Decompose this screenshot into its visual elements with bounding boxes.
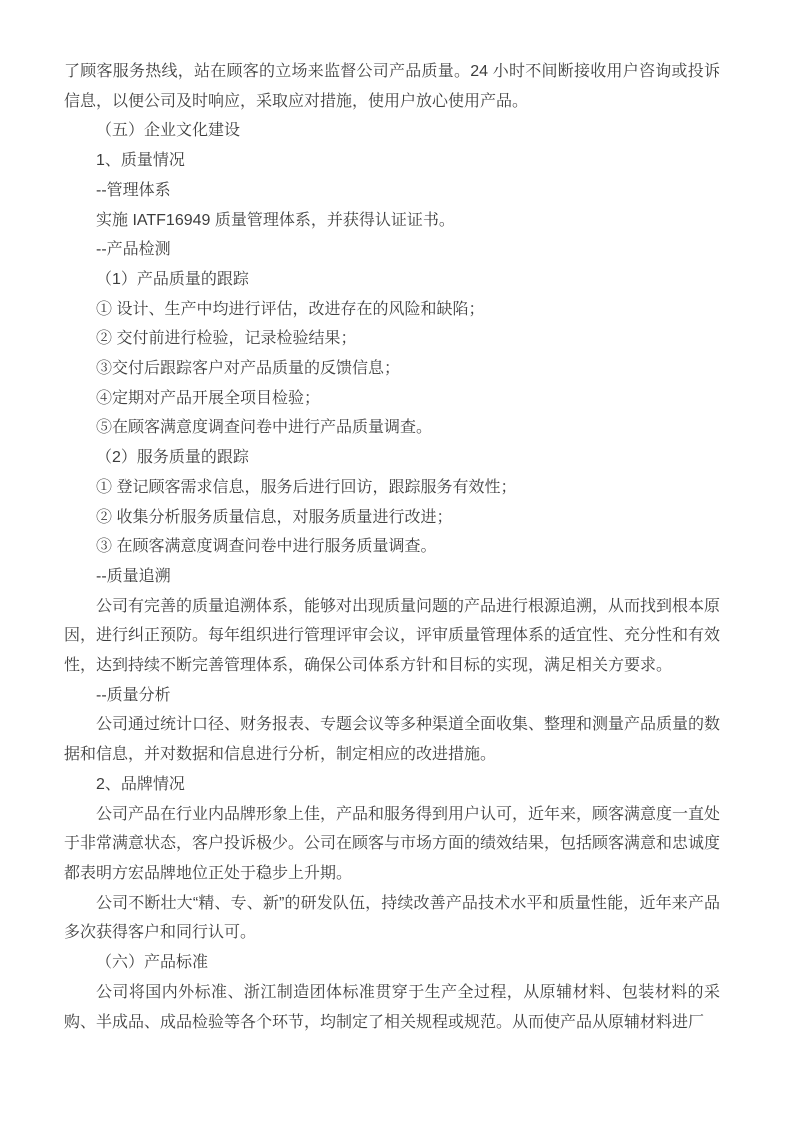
paragraph: ③ 在顾客满意度调查问卷中进行服务质量调查。 — [64, 532, 720, 562]
paragraph: （1）产品质量的跟踪 — [64, 265, 720, 295]
paragraph: ③交付后跟踪客户对产品质量的反馈信息； — [64, 354, 720, 384]
paragraph: --质量分析 — [64, 681, 720, 711]
paragraph: （2）服务质量的跟踪 — [64, 443, 720, 473]
paragraph: 公司不断壮大“精、专、新”的研发队伍，持续改善产品技术水平和质量性能，近年来产品… — [64, 889, 720, 948]
document-body: 了顾客服务热线，站在顾客的立场来监督公司产品质量。24 小时不间断接收用户咨询或… — [64, 57, 720, 1037]
document-page: 了顾客服务热线，站在顾客的立场来监督公司产品质量。24 小时不间断接收用户咨询或… — [0, 0, 800, 1131]
paragraph: 实施 IATF16949 质量管理体系，并获得认证证书。 — [64, 206, 720, 236]
paragraph: --管理体系 — [64, 176, 720, 206]
paragraph: ② 交付前进行检验，记录检验结果； — [64, 324, 720, 354]
paragraph: 了顾客服务热线，站在顾客的立场来监督公司产品质量。24 小时不间断接收用户咨询或… — [64, 57, 720, 116]
paragraph: ⑤在顾客满意度调查问卷中进行产品质量调查。 — [64, 413, 720, 443]
paragraph: 1、质量情况 — [64, 146, 720, 176]
paragraph: 公司有完善的质量追溯体系，能够对出现质量问题的产品进行根源追溯，从而找到根本原因… — [64, 592, 720, 681]
paragraph: 公司将国内外标准、浙江制造团体标准贯穿于生产全过程，从原辅材料、包装材料的采购、… — [64, 978, 720, 1037]
paragraph: 公司产品在行业内品牌形象上佳，产品和服务得到用户认可，近年来，顾客满意度一直处于… — [64, 800, 720, 889]
paragraph: （五）企业文化建设 — [64, 116, 720, 146]
paragraph: （六）产品标准 — [64, 948, 720, 978]
paragraph: ④定期对产品开展全项目检验； — [64, 384, 720, 414]
paragraph: --产品检测 — [64, 235, 720, 265]
paragraph: 公司通过统计口径、财务报表、专题会议等多种渠道全面收集、整理和测量产品质量的数据… — [64, 710, 720, 769]
paragraph: --质量追溯 — [64, 562, 720, 592]
paragraph: ② 收集分析服务质量信息，对服务质量进行改进； — [64, 503, 720, 533]
paragraph: ① 设计、生产中均进行评估，改进存在的风险和缺陷； — [64, 295, 720, 325]
paragraph: ① 登记顾客需求信息，服务后进行回访，跟踪服务有效性； — [64, 473, 720, 503]
paragraph: 2、品牌情况 — [64, 770, 720, 800]
